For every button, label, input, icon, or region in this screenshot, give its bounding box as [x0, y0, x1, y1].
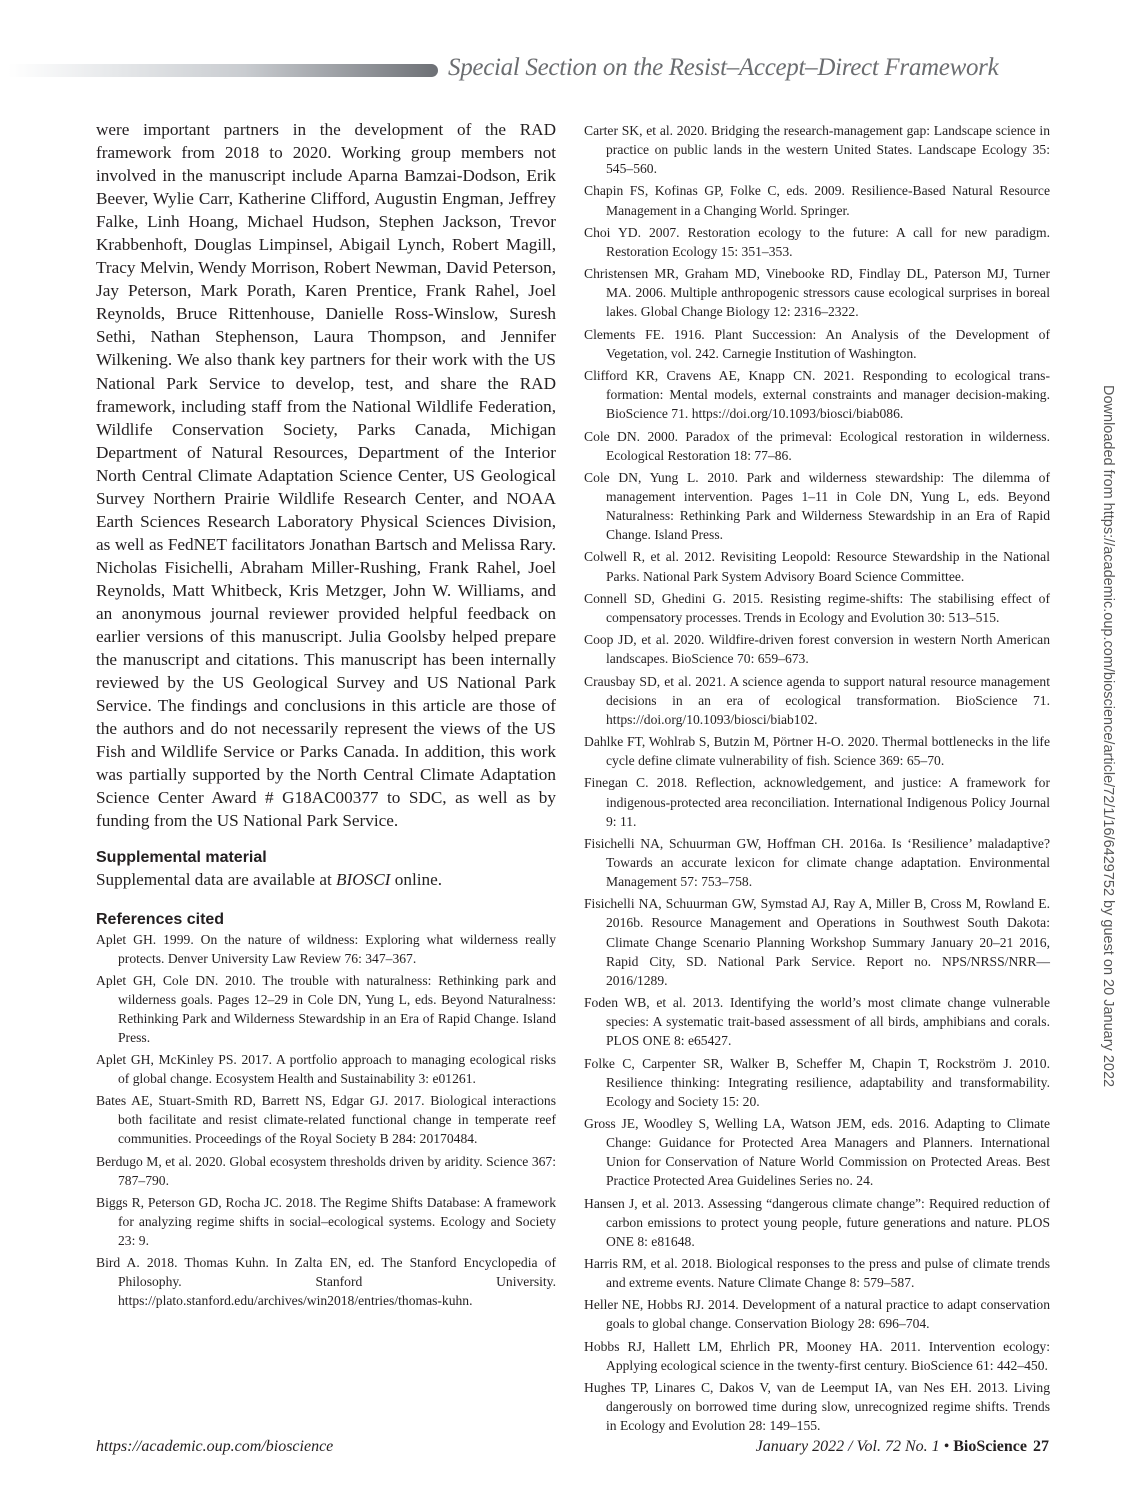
reference-entry: Biggs R, Peterson GD, Rocha JC. 2018. Th…	[96, 1193, 556, 1250]
reference-entry: Fisichelli NA, Schuurman GW, Hoffman CH.…	[584, 834, 1050, 891]
reference-entry: Crausbay SD, et al. 2021. A science agen…	[584, 672, 1050, 729]
reference-entry: Fisichelli NA, Schuurman GW, Symstad AJ,…	[584, 894, 1050, 989]
reference-entry: Heller NE, Hobbs RJ. 2014. Development o…	[584, 1295, 1050, 1333]
reference-entry: Aplet GH, Cole DN. 2010. The trouble wit…	[96, 971, 556, 1047]
supplemental-text: Supplemental data are available at BIOSC…	[96, 868, 556, 891]
download-watermark: Downloaded from https://academic.oup.com…	[1100, 385, 1116, 1087]
reference-entry: Dahlke FT, Wohlrab S, Butzin M, Pörtner …	[584, 732, 1050, 770]
reference-entry: Gross JE, Woodley S, Welling LA, Watson …	[584, 1114, 1050, 1190]
reference-entry: Folke C, Carpenter SR, Walker B, Scheffe…	[584, 1054, 1050, 1111]
references-heading: References cited	[96, 910, 556, 930]
reference-entry: Cole DN. 2000. Paradox of the primeval: …	[584, 427, 1050, 465]
section-header-title: Special Section on the Resist–Accept–Dir…	[448, 54, 1088, 82]
reference-entry: Choi YD. 2007. Restoration ecology to th…	[584, 223, 1050, 261]
reference-entry: Chapin FS, Kofinas GP, Folke C, eds. 200…	[584, 181, 1050, 219]
acknowledgments-paragraph: were important partners in the developme…	[96, 118, 556, 832]
section-header-bar	[8, 64, 438, 77]
reference-entry: Aplet GH. 1999. On the nature of wildnes…	[96, 930, 556, 968]
reference-entry: Connell SD, Ghedini G. 2015. Resisting r…	[584, 589, 1050, 627]
right-column: Carter SK, et al. 2020. Bridging the res…	[584, 121, 1050, 1439]
left-column: were important partners in the developme…	[96, 118, 556, 1313]
reference-entry: Aplet GH, McKinley PS. 2017. A portfolio…	[96, 1050, 556, 1088]
footer-url[interactable]: https://academic.oup.com/bioscience	[96, 1438, 333, 1456]
page-number: 27	[1033, 1438, 1049, 1455]
reference-entry: Colwell R, et al. 2012. Revisiting Leopo…	[584, 547, 1050, 585]
references-list-right: Carter SK, et al. 2020. Bridging the res…	[584, 121, 1050, 1435]
reference-entry: Clements FE. 1916. Plant Succession: An …	[584, 325, 1050, 363]
reference-entry: Coop JD, et al. 2020. Wildfire-driven fo…	[584, 630, 1050, 668]
reference-entry: Hughes TP, Linares C, Dakos V, van de Le…	[584, 1378, 1050, 1435]
reference-entry: Finegan C. 2018. Reflection, acknowledge…	[584, 773, 1050, 830]
reference-entry: Christensen MR, Graham MD, Vinebooke RD,…	[584, 264, 1050, 321]
reference-entry: Carter SK, et al. 2020. Bridging the res…	[584, 121, 1050, 178]
supplemental-journal-abbrev: BIOSCI	[336, 870, 390, 889]
footer-issue-info: January 2022 / Vol. 72 No. 1 • BioScienc…	[756, 1438, 1049, 1456]
reference-entry: Harris RM, et al. 2018. Biological respo…	[584, 1254, 1050, 1292]
reference-entry: Hobbs RJ, Hallett LM, Ehrlich PR, Mooney…	[584, 1337, 1050, 1375]
reference-entry: Clifford KR, Cravens AE, Knapp CN. 2021.…	[584, 366, 1050, 423]
reference-entry: Cole DN, Yung L. 2010. Park and wilderne…	[584, 468, 1050, 544]
reference-entry: Bird A. 2018. Thomas Kuhn. In Zalta EN, …	[96, 1253, 556, 1310]
supplemental-heading: Supplemental material	[96, 848, 556, 868]
supplemental-text-before: Supplemental data are available at	[96, 870, 336, 889]
supplemental-text-after: online.	[390, 870, 442, 889]
references-list-left: Aplet GH. 1999. On the nature of wildnes…	[96, 930, 556, 1311]
footer-journal: BioScience	[953, 1438, 1027, 1455]
reference-entry: Foden WB, et al. 2013. Identifying the w…	[584, 993, 1050, 1050]
footer-issue: January 2022 / Vol. 72 No. 1 •	[756, 1438, 954, 1455]
reference-entry: Berdugo M, et al. 2020. Global ecosystem…	[96, 1152, 556, 1190]
reference-entry: Bates AE, Stuart-Smith RD, Barrett NS, E…	[96, 1091, 556, 1148]
reference-entry: Hansen J, et al. 2013. Assessing “danger…	[584, 1194, 1050, 1251]
